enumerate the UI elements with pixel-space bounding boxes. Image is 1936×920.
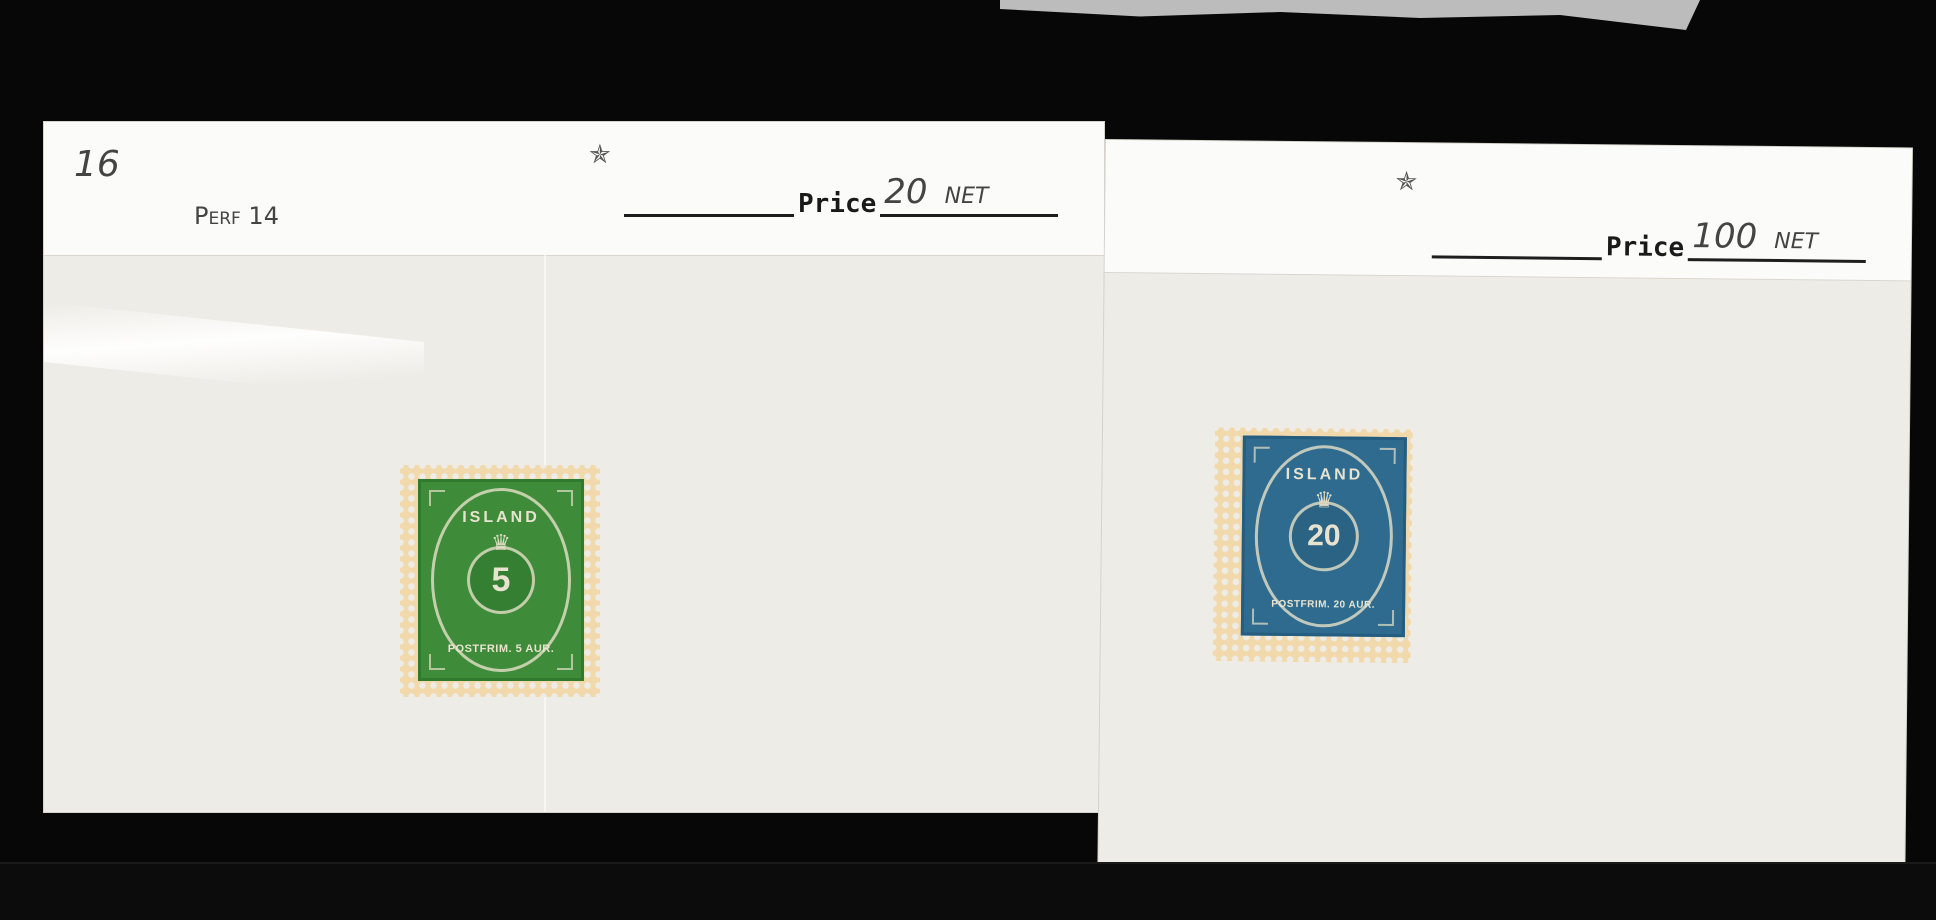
stamp-country: ISLAND [1258, 466, 1390, 485]
stamp-denomination: 5 [467, 546, 535, 614]
background-paper-strip [1000, 0, 1700, 30]
stamp-5-aur: ISLAND ♛ 5 POSTFRIM. 5 AUR. [400, 465, 600, 697]
crown-icon: ♛ [1314, 488, 1334, 513]
price-label: Price [1606, 234, 1685, 261]
stamp-design: ISLAND ♛ 20 POSTFRIM. 20 AUR. [1241, 435, 1407, 637]
star-mark-icon: ✯ [589, 140, 611, 170]
price-row: Price 20 NET [624, 172, 1058, 217]
price-row: Price 100 NET [1432, 213, 1867, 263]
price-net: NET [1774, 229, 1818, 254]
price-label: Price [798, 191, 876, 217]
star-mark-icon: ✯ [1395, 167, 1417, 197]
stamp-card-2: ✯ Price 100 NET ISLAND ♛ 20 POSTFRIM. 20… [1098, 140, 1912, 878]
price-value: 100 NET [1688, 216, 1866, 263]
price-amount: 20 [884, 172, 927, 212]
price-value: 20 NET [880, 172, 1058, 217]
stamp-card-1: 16 Perf 14 ✯ Price 20 NET ISLAND ♛ 5 POS… [44, 122, 1104, 812]
perf-note: Perf 14 [194, 202, 279, 230]
price-net: NET [945, 184, 989, 209]
stamp-20-aur: ISLAND ♛ 20 POSTFRIM. 20 AUR. [1213, 427, 1413, 663]
stamp-design: ISLAND ♛ 5 POSTFRIM. 5 AUR. [418, 479, 584, 681]
stock-page-strip [0, 862, 1936, 920]
stamp-inscription: POSTFRIM. 5 AUR. [434, 643, 568, 655]
sleeve-glare [44, 302, 424, 402]
crown-icon: ♛ [491, 531, 511, 556]
blank-line [624, 213, 794, 217]
price-amount: 100 [1692, 216, 1757, 257]
stamp-inscription: POSTFRIM. 20 AUR. [1257, 599, 1389, 611]
lot-number: 16 [74, 144, 120, 185]
stamp-country: ISLAND [434, 509, 568, 527]
